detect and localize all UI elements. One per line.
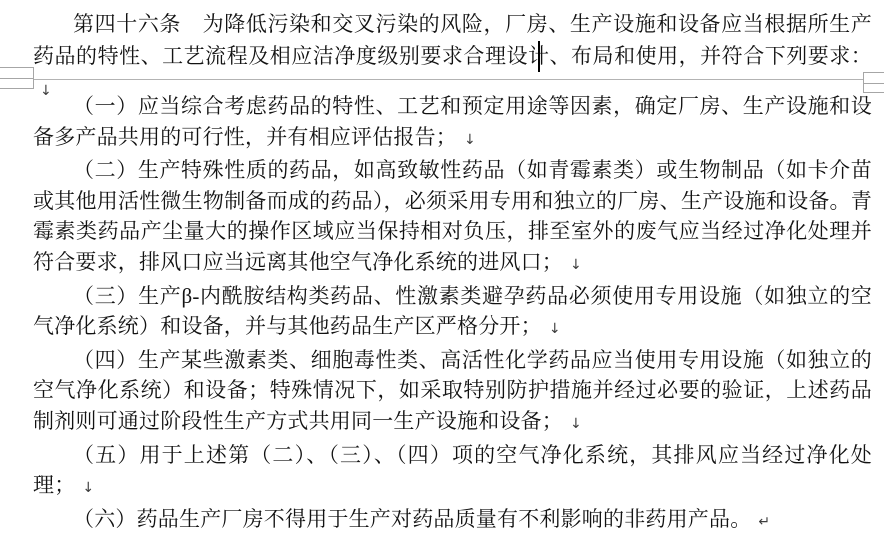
text-cursor: [538, 41, 540, 72]
line-break-mark: ↓: [464, 132, 476, 148]
paragraph-mark: ↵: [758, 514, 770, 530]
paragraph-text: （六）药品生产厂房不得用于生产对药品质量有不利影响的非药用产品。: [73, 507, 751, 531]
table-boundary-marker-left: [0, 67, 34, 89]
table-cell-divider: [864, 83, 884, 84]
paragraph-item-6[interactable]: （六）药品生产厂房不得用于生产对药品质量有不利影响的非药用产品。↵: [33, 504, 872, 536]
paragraph-item-1[interactable]: （一）应当综合考虑药品的特性、工艺和预定用途等因素，确定厂房、生产设施和设备多产…: [33, 91, 872, 155]
paragraph-text: （五）用于上述第（二）、（三）、（四）项的空气净化系统，其排风应当经过净化处理；: [33, 443, 872, 498]
table-cell-divider: [0, 78, 33, 79]
paragraph-text: （一）应当综合考虑药品的特性、工艺和预定用途等因素，确定厂房、生产设施和设备多产…: [33, 94, 872, 149]
paragraph-text: 第四十六条 为降低污染和交叉污染的风险，厂房、生产设施和设备应当根据所生产药品的…: [33, 12, 872, 68]
table-boundary-line: [33, 79, 864, 80]
paragraph-text: （二）生产特殊性质的药品，如高致敏性药品（如青霉素类）或生物制品（如卡介苗或其他…: [33, 158, 872, 274]
paragraph-item-2[interactable]: （二）生产特殊性质的药品，如高致敏性药品（如青霉素类）或生物制品（如卡介苗或其他…: [33, 155, 872, 280]
paragraph-text: （四）生产某些激素类、细胞毒性类、高活性化学药品应当使用专用设施（如独立的空气净…: [33, 348, 872, 433]
document-page: 第四十六条 为降低污染和交叉污染的风险，厂房、生产设施和设备应当根据所生产药品的…: [0, 0, 884, 536]
line-break-mark: ↓: [570, 257, 582, 273]
table-boundary-marker-right: [863, 72, 884, 93]
line-break-mark: ↓: [82, 480, 94, 496]
paragraph-item-4[interactable]: （四）生产某些激素类、细胞毒性类、高活性化学药品应当使用专用设施（如独立的空气净…: [33, 345, 872, 440]
paragraph-item-3[interactable]: （三）生产β-内酰胺结构类药品、性激素类避孕药品必须使用专用设施（如独立的空气净…: [33, 281, 872, 345]
line-break-mark: ↓: [549, 321, 561, 337]
paragraph-text: （三）生产β-内酰胺结构类药品、性激素类避孕药品必须使用专用设施（如独立的空气净…: [33, 284, 872, 339]
article-items-block: （一）应当综合考虑药品的特性、工艺和预定用途等因素，确定厂房、生产设施和设备多产…: [33, 91, 872, 536]
paragraph-item-5[interactable]: （五）用于上述第（二）、（三）、（四）项的空气净化系统，其排风应当经过净化处理；…: [33, 440, 872, 504]
line-break-mark: ↓: [570, 416, 582, 432]
